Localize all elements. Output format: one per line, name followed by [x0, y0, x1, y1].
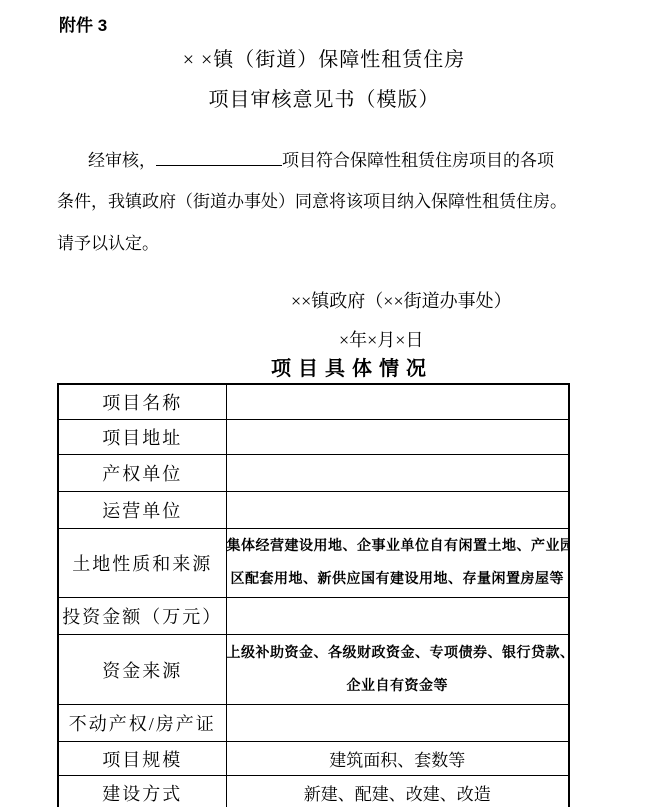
row-label: 资金来源	[58, 635, 226, 705]
table-row: 产权单位	[58, 455, 569, 492]
table-row: 建设方式 新建、配建、改建、改造	[58, 776, 569, 807]
project-info-table: 项目名称 项目地址 产权单位 运营单位 土地性质和来源 集体经营建设用地、企事业…	[57, 383, 570, 807]
document-title-line2: 项目审核意见书（模版）	[0, 83, 648, 112]
signature-line: ××镇政府（××街道办事处）	[291, 287, 512, 313]
paragraph-text: 经审核，	[88, 151, 156, 170]
row-value	[226, 455, 569, 492]
row-value: 建筑面积、套数等	[226, 742, 569, 776]
table-title: 项目具体情况	[271, 352, 433, 381]
document-title-line1: × ×镇（街道）保障性租赁住房	[0, 43, 648, 72]
document-page: 附件 3 × ×镇（街道）保障性租赁住房 项目审核意见书（模版） 经审核，项目符…	[0, 0, 648, 807]
fill-in-blank-line	[156, 149, 282, 166]
table-row: 项目名称	[58, 384, 569, 420]
row-value	[226, 705, 569, 742]
row-value	[226, 420, 569, 455]
row-value: 新建、配建、改建、改造	[226, 776, 569, 807]
table-row: 投资金额（万元）	[58, 598, 569, 635]
table-row: 不动产权/房产证	[58, 705, 569, 742]
row-label: 产权单位	[58, 455, 226, 492]
row-value	[226, 384, 569, 420]
paragraph-line-3: 请予以认定。	[57, 233, 159, 255]
paragraph-text: 项目符合保障性租赁住房项目的各项	[282, 151, 554, 170]
row-label: 项目规模	[58, 742, 226, 776]
row-value: 集体经营建设用地、企事业单位自有闲置土地、产业园 区配套用地、新供应国有建设用地…	[226, 529, 569, 598]
row-value: 上级补助资金、各级财政资金、专项债券、银行贷款、 企业自有资金等	[226, 635, 569, 705]
row-label: 项目名称	[58, 384, 226, 420]
paragraph-line-2: 条件，我镇政府（街道办事处）同意将该项目纳入保障性租赁住房。	[57, 191, 567, 213]
row-label: 土地性质和来源	[58, 529, 226, 598]
date-line: ×年×月×日	[339, 326, 423, 352]
row-label: 投资金额（万元）	[58, 598, 226, 635]
table-row: 资金来源 上级补助资金、各级财政资金、专项债券、银行贷款、 企业自有资金等	[58, 635, 569, 705]
table-row: 运营单位	[58, 492, 569, 529]
table-row: 项目地址	[58, 420, 569, 455]
row-value	[226, 598, 569, 635]
row-label: 不动产权/房产证	[58, 705, 226, 742]
table-row: 项目规模 建筑面积、套数等	[58, 742, 569, 776]
paragraph-line-1: 经审核，项目符合保障性租赁住房项目的各项	[57, 149, 554, 172]
row-label: 项目地址	[58, 420, 226, 455]
row-label: 运营单位	[58, 492, 226, 529]
table-row: 土地性质和来源 集体经营建设用地、企事业单位自有闲置土地、产业园 区配套用地、新…	[58, 529, 569, 598]
row-label: 建设方式	[58, 776, 226, 807]
attachment-label: 附件 3	[59, 11, 107, 36]
row-value	[226, 492, 569, 529]
